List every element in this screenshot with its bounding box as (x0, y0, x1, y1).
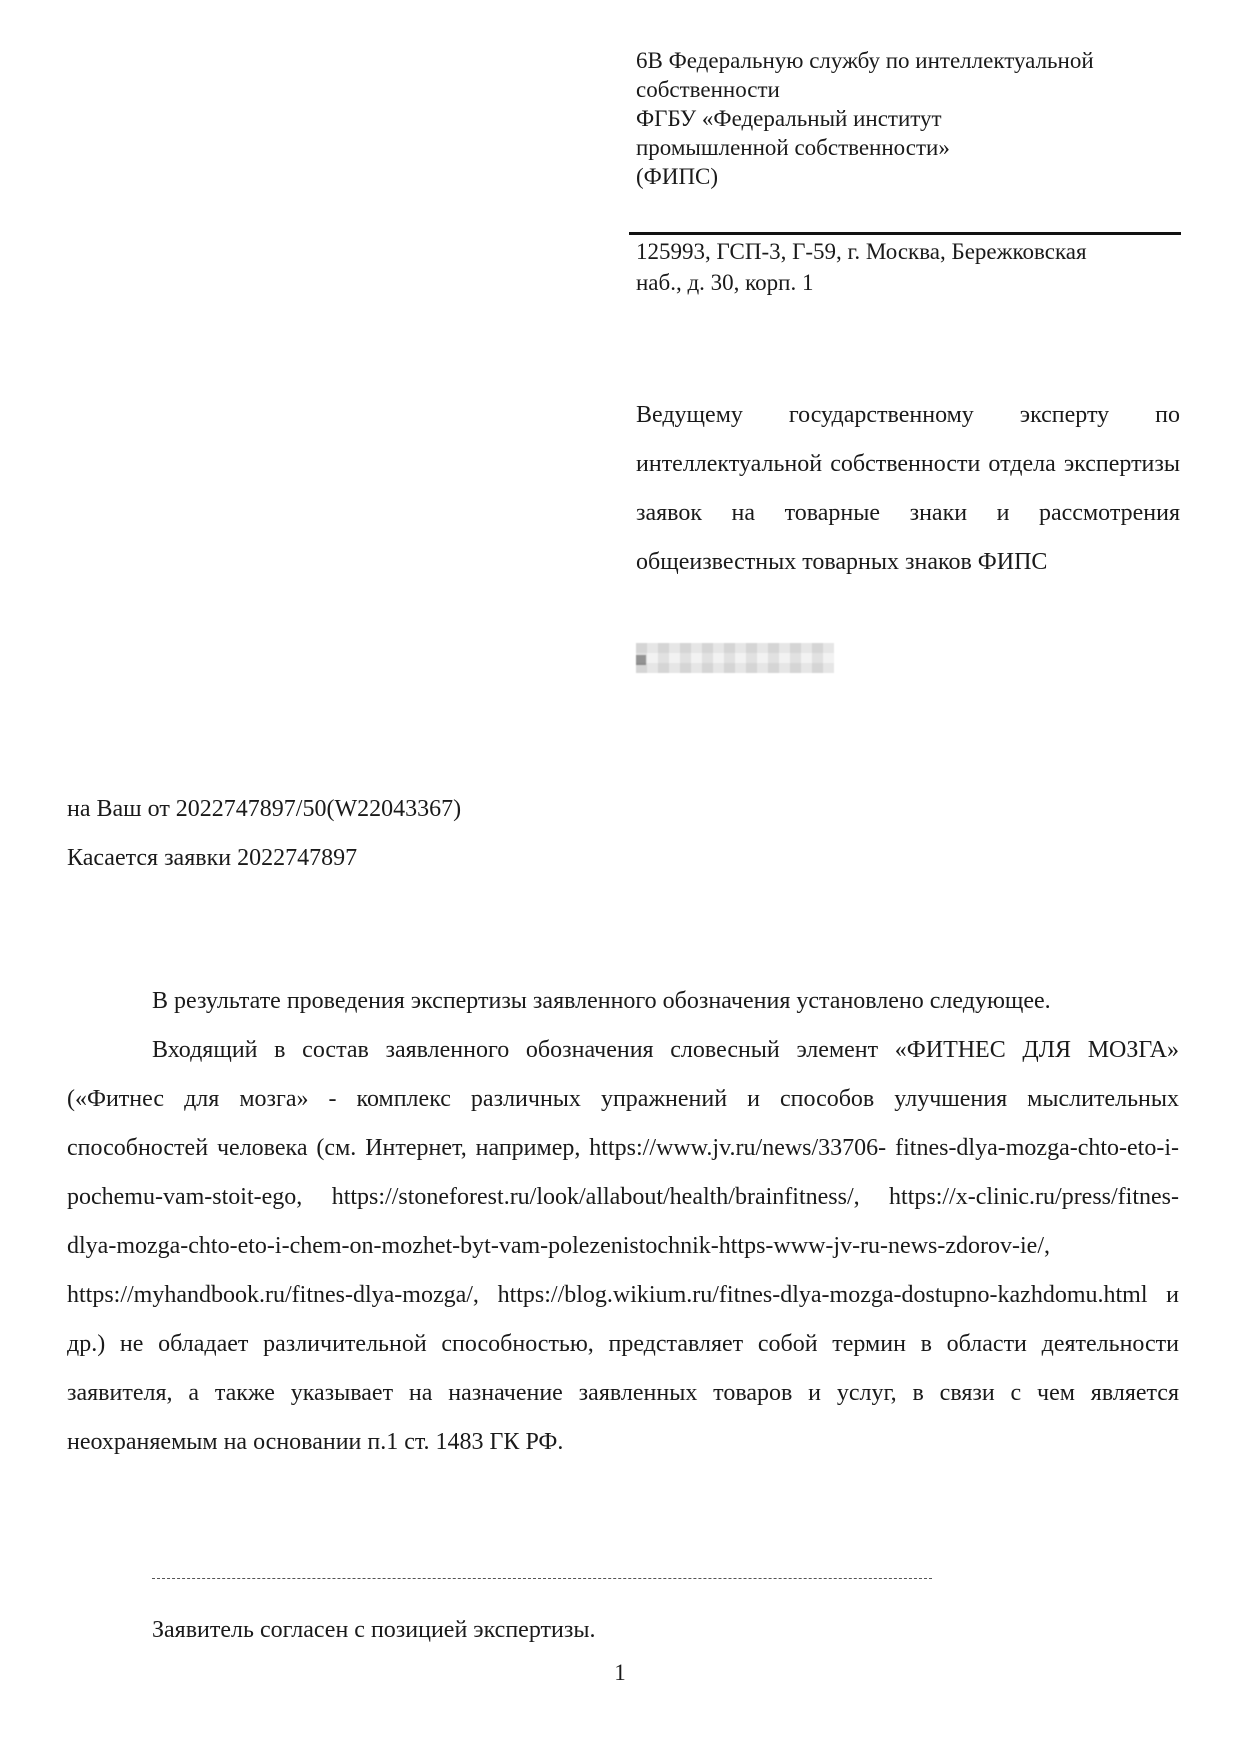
page-number: 1 (0, 1660, 1240, 1686)
reply-reference: на Ваш от 2022747897/50(W22043367) (67, 785, 461, 834)
recipient-line: собственности (636, 75, 1176, 104)
dashed-separator (152, 1578, 932, 1581)
applicant-response: Заявитель согласен с позицией экспертизы… (152, 1614, 595, 1646)
body-paragraph-1: В результате проведения экспертизы заявл… (67, 977, 1179, 1026)
address-block: 125993, ГСП-3, Г-59, г. Москва, Бережков… (636, 236, 1176, 298)
recipient-line: промышленной собственности» (636, 133, 1176, 162)
body-paragraph-2: Входящий в состав заявленного обозначени… (67, 1026, 1179, 1467)
redacted-name (636, 643, 834, 673)
recipient-line: ФГБУ «Федеральный институт (636, 104, 1176, 133)
addressee-block: Ведущему государственному эксперту по ин… (636, 391, 1180, 587)
address-line: наб., д. 30, корп. 1 (636, 267, 1176, 298)
document-page: 6В Федеральную службу по интеллектуально… (0, 0, 1240, 1764)
application-reference: Касается заявки 2022747897 (67, 834, 461, 883)
recipient-line: 6В Федеральную службу по интеллектуально… (636, 46, 1176, 75)
address-line: 125993, ГСП-3, Г-59, г. Москва, Бережков… (636, 236, 1176, 267)
letter-body: В результате проведения экспертизы заявл… (67, 977, 1179, 1467)
references-block: на Ваш от 2022747897/50(W22043367) Касае… (67, 785, 461, 883)
recipient-line: (ФИПС) (636, 162, 1176, 191)
address-divider (629, 232, 1181, 235)
recipient-block: 6В Федеральную службу по интеллектуально… (636, 46, 1176, 191)
